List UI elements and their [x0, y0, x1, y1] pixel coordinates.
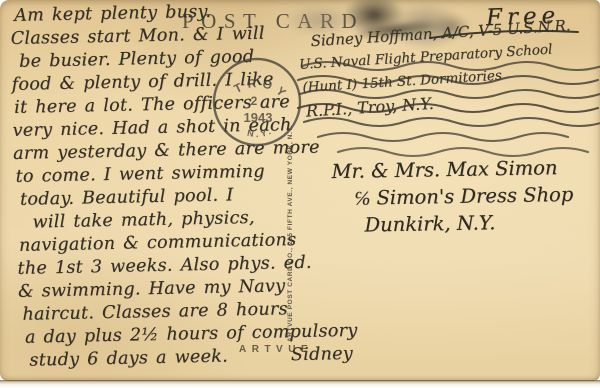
cancellation-waves: [298, 60, 598, 166]
svg-text:TROY: TROY: [232, 76, 293, 103]
postcard-back: POST CARD Am kept plenty busy. Classes s…: [0, 0, 600, 381]
recipient-line: ℅ Simon's Dress Shop: [354, 181, 574, 212]
postmark-state: N.Y.: [246, 125, 275, 139]
postmark-city: TROY: [232, 76, 293, 103]
recipient-line: Mr. & Mrs. Max Simon: [331, 154, 573, 185]
postcard-scan: POST CARD Am kept plenty busy. Classes s…: [0, 0, 600, 388]
postmark-day: 2: [251, 94, 258, 108]
recipient-address-block: Mr. & Mrs. Max Simon ℅ Simon's Dress Sho…: [331, 154, 574, 239]
publisher-imprint-vertical: ARTVUE POST CARD CO., 225 FIFTH AVE., NE…: [287, 98, 300, 342]
postmark-year: 1943: [244, 110, 273, 125]
svg-text:N.Y.: N.Y.: [246, 125, 275, 139]
recipient-line: Dunkirk, N.Y.: [364, 208, 574, 239]
artvue-watermark: ARTVUE: [239, 344, 313, 355]
card-bottom-edge: [0, 380, 600, 388]
